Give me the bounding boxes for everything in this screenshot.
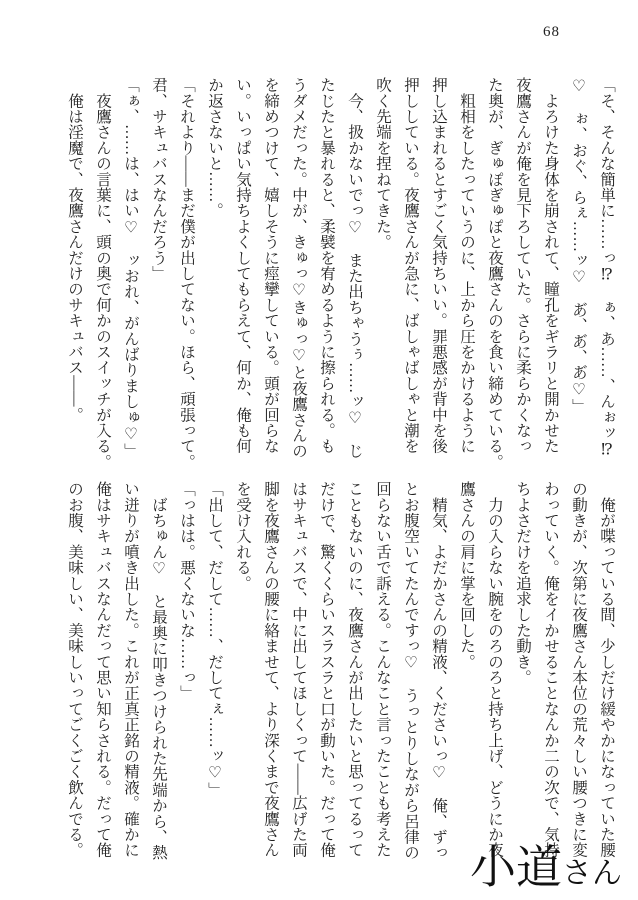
text-line: こともないのに、夜鷹さんが出したいと思ってるって bbox=[340, 481, 368, 879]
text-line: 「出して、だして……、だしてぇ……ッ♡」 bbox=[200, 481, 228, 879]
text-line: 「それより――まだ僕が出してない。ほら、頑張って。 bbox=[172, 77, 200, 475]
text-line: 押し込まれるとすごく気持ちいい。罪悪感が背中を後 bbox=[424, 77, 452, 475]
text-line: 「ぁ、……は、はい♡ ッおれ、がんばりましゅ♡」 bbox=[116, 77, 144, 475]
text-line: うダメだった。中が、きゅっ♡きゅっ♡と夜鷹さんの bbox=[284, 77, 312, 475]
text-line: の動きが、次第に夜鷹さん本位の荒々しい腰つきに変 bbox=[564, 481, 592, 879]
text-line: 脚を夜鷹さんの腰に絡ませて、より深くまで夜鷹さん bbox=[256, 481, 284, 879]
text-line: 回らない舌で訴える。こんなこと言ったことも考えた bbox=[368, 481, 396, 879]
text-line: ちよさだけを追求した動き。 bbox=[508, 481, 536, 879]
watermark-suffix: さん bbox=[562, 857, 622, 890]
text-line: 力の入らない腕をのろのろと持ち上げ、どうにか夜 bbox=[480, 481, 508, 879]
text-line: ばちゅん♡ と最奥に叩きつけられた先端から、熱 bbox=[144, 481, 172, 879]
text-line: い。いっぱい気持ちよくしてもらえて、何か、俺も何 bbox=[228, 77, 256, 475]
book-page: 68 「そ、そんな簡単に……っ⁉ ぁ、あ……、んぉッ⁉ ♡ ぉ、おぐ、らぇ……ッ… bbox=[0, 0, 638, 900]
bottom-text-block: 俺が喋っている間、少しだけ緩やかになっていた腰 の動きが、次第に夜鷹さん本位の荒… bbox=[60, 481, 620, 879]
text-line: のお腹、美味しい、美味しいってごくごく飲んでる。 bbox=[60, 481, 88, 879]
text-line: 今、扱かないでっ♡ また出ちゃうぅ……ッ♡ じ bbox=[340, 77, 368, 475]
text-line: 君、サキュバスなんだろう」 bbox=[144, 77, 172, 475]
text-line: か返さないと……。 bbox=[200, 77, 228, 475]
text-line: よろけた身体を崩されて、瞳孔をギラリと開かせた bbox=[536, 77, 564, 475]
text-line: を受け入れる。 bbox=[228, 481, 256, 879]
text-line: た奥が、ぎゅぽぎゅぽと夜鷹さんのを食い締めている。 bbox=[480, 77, 508, 475]
text-line: 粗相をしたっていうのに、上から圧をかけるように bbox=[452, 77, 480, 475]
text-line: 押ししている。夜鷹さんが急に、ばしゃばしゃと潮を bbox=[396, 77, 424, 475]
text-line: を締めつけて、嬉しそうに痙攣している。頭が回らな bbox=[256, 77, 284, 475]
text-line: 「っはは。悪くないな……っ」 bbox=[172, 481, 200, 879]
text-line: 夜鷹さんの言葉に、頭の奥で何かのスイッチが入る。 bbox=[88, 77, 116, 475]
watermark-main: 小道 bbox=[470, 842, 562, 893]
text-line: 夜鷹さんが俺を見下ろしていた。さらに柔らかくなっ bbox=[508, 77, 536, 475]
top-text-block: 「そ、そんな簡単に……っ⁉ ぁ、あ……、んぉッ⁉ ♡ ぉ、おぐ、らぇ……ッ♡ あ… bbox=[60, 77, 620, 475]
text-line: たじたと暴れると、柔襞を宥めるように擦られる。も bbox=[312, 77, 340, 475]
text-line: 俺はサキュバスなんだって思い知らされる。だって俺 bbox=[88, 481, 116, 879]
text-line: 俺は淫魔で、夜鷹さんだけのサキュバス――。 bbox=[60, 77, 88, 475]
text-line: とお腹空いてたんですっ♡ うっとりしながら呂律の bbox=[396, 481, 424, 879]
text-line: 俺が喋っている間、少しだけ緩やかになっていた腰 bbox=[592, 481, 620, 879]
text-line: 精気、よだかさんの精液、くださいっ♡ 俺、ずっ bbox=[424, 481, 452, 879]
page-number: 68 bbox=[543, 24, 560, 41]
text-line: 吹く先端を捏ねてきた。 bbox=[368, 77, 396, 475]
text-line: だけで、驚くくらいスラスラと口が動いた。だって俺 bbox=[312, 481, 340, 879]
text-line: はサキュバスで、中に出してほしくって――広げた両 bbox=[284, 481, 312, 879]
text-line: わっていく。俺をイかせることなんか二の次で、気持 bbox=[536, 481, 564, 879]
text-line: 「そ、そんな簡単に……っ⁉ ぁ、あ……、んぉッ⁉ bbox=[592, 77, 620, 475]
text-line: い迸りが噴き出した。これが正真正銘の精液。確かに bbox=[116, 481, 144, 879]
text-line: 鷹さんの肩に掌を回した。 bbox=[452, 481, 480, 879]
text-line: ♡ ぉ、おぐ、らぇ……ッ♡ あ゙、あ゙、あ゙♡」 bbox=[564, 77, 592, 475]
watermark: 小道さん bbox=[470, 831, 622, 897]
